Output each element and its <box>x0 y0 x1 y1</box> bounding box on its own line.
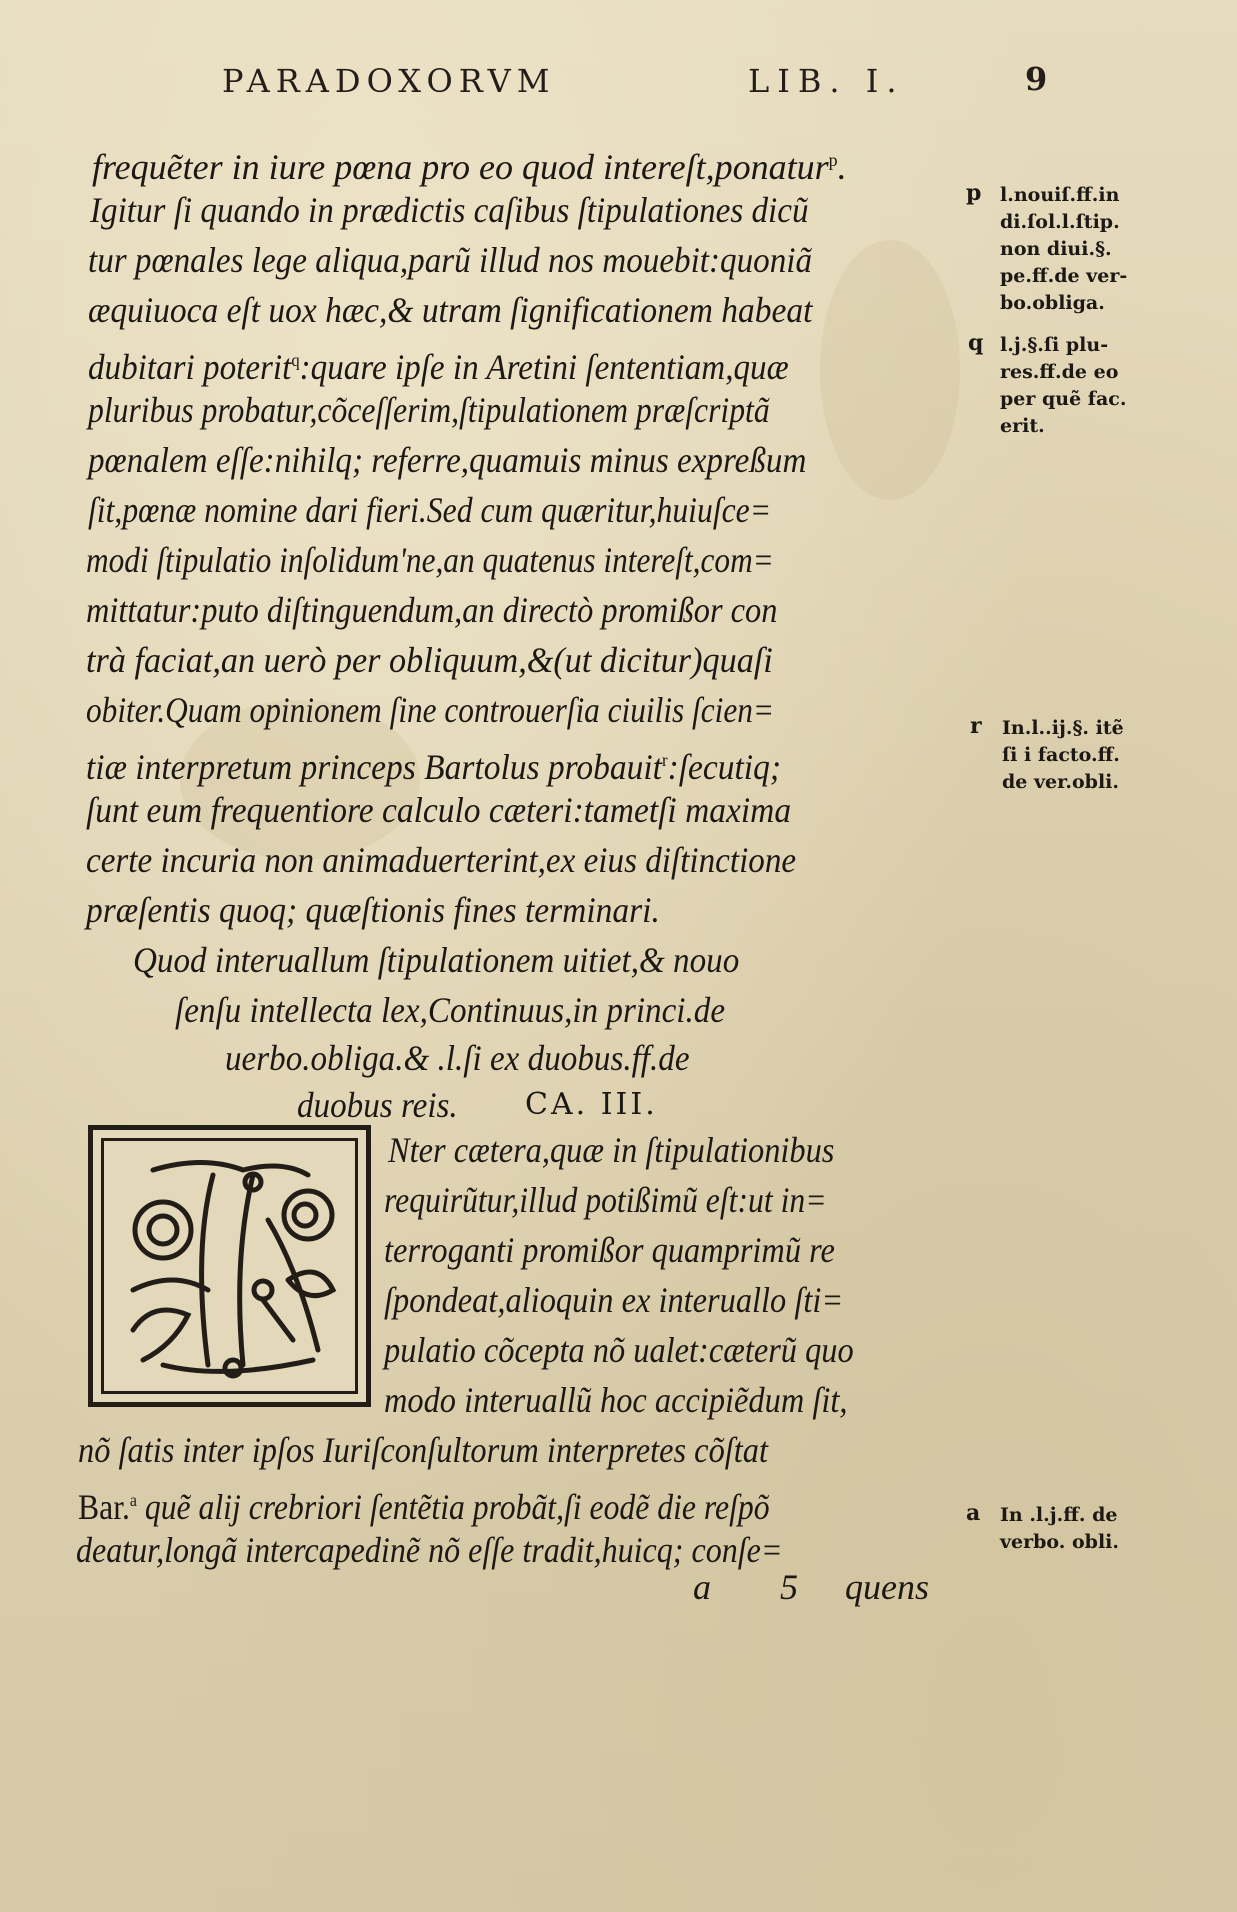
text-line: æquiuoca eſt uox hæc,& utram ſignificati… <box>88 288 812 332</box>
text-line: Igitur ſi quando in prædictis caſibus ſt… <box>90 188 809 232</box>
heading-line: ſenſu intellecta lex,Continuus,in princi… <box>175 988 725 1032</box>
paper-stain <box>820 240 960 500</box>
text-line: tiæ interpretum princeps Bartolus probau… <box>86 738 781 789</box>
running-header: PARADOXORVM LIB. I. 9 <box>0 62 1237 112</box>
text-line: ſpondeat,alioquin ex interuallo ſti= <box>384 1278 843 1322</box>
margin-note-key: a <box>966 1500 980 1526</box>
heading-line: Quod interuallum ſtipulationem uitiet,& … <box>133 938 739 982</box>
text-line: pœnalem eſſe:nihilq; referre,quamuis min… <box>88 438 806 482</box>
text-line: pluribus probatur,cõceſſerim,ſtipulation… <box>88 388 770 432</box>
text-line: Bar.a quẽ alij crebriori ſentẽtia probãt… <box>78 1478 770 1529</box>
margin-note-key: r <box>970 713 982 739</box>
text-line: obiter.Quam opinionem ſine controuerſia … <box>86 688 774 732</box>
text-line: dubitari poteritq:quare ipſe in Aretini … <box>88 338 789 389</box>
text-line: ſit,pœnæ nomine dari fieri.Sed cum quæri… <box>88 488 771 532</box>
signature-mark: a 5 <box>693 1566 828 1608</box>
margin-note-text: In .l.j.ff. de verbo. obli. <box>1000 1502 1119 1556</box>
footnote-marker: a <box>130 1490 137 1510</box>
text-line: deatur,longã intercapedinẽ nõ eſſe tradi… <box>76 1528 782 1572</box>
text-line: trà faciat,an uerò per obliquum,&(ut dic… <box>86 638 773 682</box>
text-line: modi ſtipulatio inſolidum'ne,an quatenus… <box>86 538 774 582</box>
text-line: præſentis quoq; quæſtionis fines termina… <box>86 888 660 932</box>
chapter-number: CA. III. <box>525 1083 658 1127</box>
text-line: tur pœnales lege aliqua,parũ illud nos m… <box>88 238 812 282</box>
text-line: certe incuria non animaduerterint,ex eiu… <box>86 838 796 882</box>
heading-line: duobus reis. <box>297 1083 458 1127</box>
book-page: PARADOXORVM LIB. I. 9 frequẽter in iure … <box>0 0 1237 1912</box>
margin-note-text: l.j.§.ſi plu- res.ff.de eo per quẽ fac. … <box>1000 332 1126 440</box>
folio-number: 9 <box>1025 60 1053 98</box>
text-line: terroganti promißor quamprimũ re <box>384 1228 835 1272</box>
text-line: ſunt eum frequentiore calculo cæteri:tam… <box>86 788 791 832</box>
text-line: pulatio cõcepta nõ ualet:cæterũ quo <box>384 1328 854 1372</box>
text-line: nõ ſatis inter ipſos Iuriſconſultorum in… <box>78 1428 768 1472</box>
heading-line: uerbo.obliga.& .l.ſi ex duobus.ff.de <box>225 1036 690 1080</box>
footnote-marker: p <box>829 150 838 170</box>
floral-initial-icon <box>93 1130 366 1402</box>
text-line: mittatur:puto diſtinguendum,an directò p… <box>86 588 777 632</box>
running-title: PARADOXORVM <box>222 62 556 100</box>
text-line: modo interuallũ hoc accipiẽdum ſit, <box>384 1378 847 1422</box>
margin-note-key: p <box>966 180 981 206</box>
catchword: quens <box>845 1566 929 1608</box>
footnote-marker: q <box>291 350 299 370</box>
margin-note-text: In.l..ij.§. itẽ ſi i facto.ff. de ver.ob… <box>1002 715 1124 796</box>
margin-note-text: l.nouiſ.ff.in di.ſol.l.ſtip. non diui.§.… <box>1000 182 1127 317</box>
decorated-initial-i <box>88 1125 371 1407</box>
text-line: requirũtur,illud potißimũ eſt:ut in= <box>384 1178 827 1222</box>
margin-note-key: q <box>968 330 983 356</box>
text-line: frequẽter in iure pœna pro eo quod inter… <box>92 138 847 189</box>
text-line: Nter cætera,quæ in ſtipulationibus <box>388 1128 834 1172</box>
book-number: LIB. I. <box>748 62 905 100</box>
